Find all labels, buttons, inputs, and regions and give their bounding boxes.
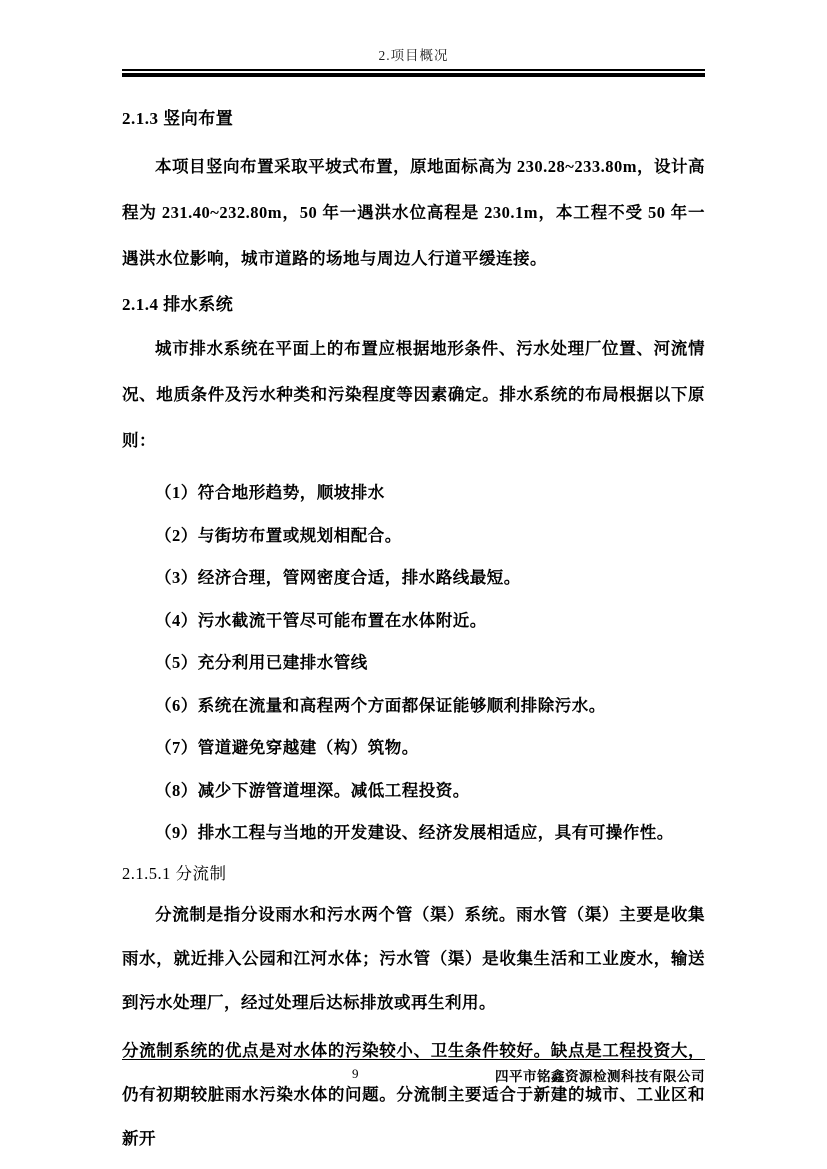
section-heading-2-1-3: 2.1.3 竖向布置	[122, 108, 705, 130]
paragraph-drainage-intro: 城市排水系统在平面上的布置应根据地形条件、污水处理厂位置、河流情况、地质条件及污…	[122, 326, 705, 464]
header-rule-thick	[122, 73, 705, 78]
page-footer: 9 四平市铭鑫资源检测科技有限公司	[122, 1059, 705, 1060]
footer-company-name: 四平市铭鑫资源检测科技有限公司	[495, 1065, 705, 1085]
list-item-8: （8）减少下游管道埋深。减低工程投资。	[122, 770, 705, 813]
list-item-4: （4）污水截流干管尽可能布置在水体附近。	[122, 600, 705, 643]
list-item-5: （5）充分利用已建排水管线	[122, 642, 705, 685]
principles-list: （1）符合地形趋势，顺坡排水 （2）与街坊布置或规划相配合。 （3）经济合理，管…	[122, 472, 705, 855]
page-number: 9	[352, 1066, 359, 1082]
list-item-2: （2）与街坊布置或规划相配合。	[122, 515, 705, 558]
document-body: 2.1.3 竖向布置 本项目竖向布置采取平坡式布置，原地面标高为 230.28~…	[122, 96, 705, 1161]
document-page: 2.项目概况 2.1.3 竖向布置 本项目竖向布置采取平坡式布置，原地面标高为 …	[0, 0, 827, 1169]
paragraph-vertical-layout: 本项目竖向布置采取平坡式布置，原地面标高为 230.28~233.80m，设计高…	[122, 144, 705, 282]
list-item-3: （3）经济合理，管网密度合适，排水路线最短。	[122, 557, 705, 600]
paragraph-separate-system-pros-cons: 分流制系统的优点是对水体的污染较小、卫生条件较好。缺点是工程投资大，仍有初期较脏…	[122, 1029, 705, 1161]
paragraph-separate-system-definition: 分流制是指分设雨水和污水两个管（渠）系统。雨水管（渠）主要是收集雨水，就近排入公…	[122, 893, 705, 1025]
header-title: 2.项目概况	[122, 44, 705, 64]
section-heading-2-1-4: 2.1.4 排水系统	[122, 294, 705, 316]
header-rule-thin	[122, 69, 705, 71]
list-item-1: （1）符合地形趋势，顺坡排水	[122, 472, 705, 515]
page-header: 2.项目概况	[122, 44, 705, 77]
list-item-7: （7）管道避免穿越建（构）筑物。	[122, 727, 705, 770]
subsection-heading-2-1-5-1: 2.1.5.1 分流制	[122, 863, 705, 885]
list-item-6: （6）系统在流量和高程两个方面都保证能够顺利排除污水。	[122, 685, 705, 728]
list-item-9: （9）排水工程与当地的开发建设、经济发展相适应，具有可操作性。	[122, 812, 705, 855]
